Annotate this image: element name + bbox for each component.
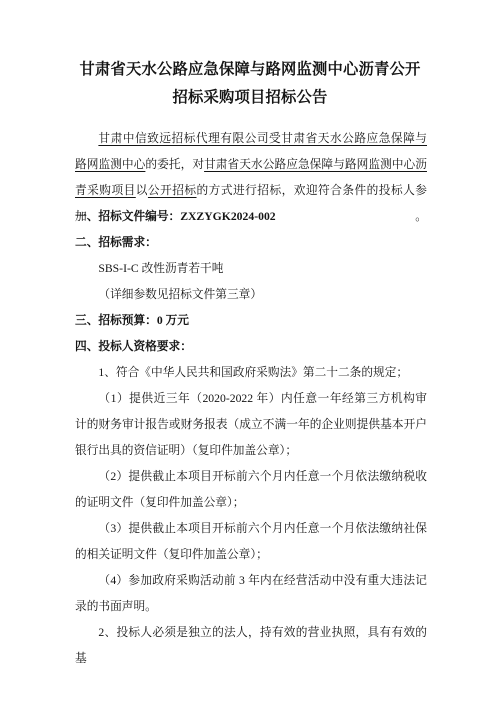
body-text-line: 1、符合《中华人民共和国政府采购法》第二十二条的规定；	[75, 360, 427, 386]
body-text-line: （2）提供截止本项目开标前六个月内任意一个月依法缴纳税收	[75, 464, 427, 490]
intro-line: 路网监测中心的委托，对甘肃省天水公路应急保障与路网监测中心沥	[75, 152, 427, 178]
body-text-line: （3）提供截止本项目开标前六个月内任意一个月依法缴纳社保	[75, 516, 427, 542]
document-title: 甘肃省天水公路应急保障与路网监测中心沥青公开 招标采购项目招标公告	[0, 0, 500, 112]
body-text-line: （1）提供近三年（2020-2022 年）内任意一年经第三方机构审	[75, 386, 427, 412]
body-text-line: （4）参加政府采购活动前 3 年内在经营活动中没有重大违法记	[75, 568, 427, 594]
intro-line: 青采购项目以公开招标的方式进行招标，欢迎符合条件的投标人参加。	[75, 178, 427, 204]
underlined-text: 甘肃中信致远招标代理有限公司	[98, 132, 269, 145]
intro-paragraph: 甘肃中信致远招标代理有限公司受甘肃省天水公路应急保障与路网监测中心的委托，对甘肃…	[75, 126, 427, 204]
underlined-text: 甘肃省天水公路应急保障与路网监测中心沥	[204, 158, 427, 171]
body-text-line: 2、投标人必须是独立的法人，持有效的营业执照，具有有效的基	[75, 620, 427, 646]
underlined-text: 受	[269, 132, 281, 145]
document-page: 甘肃省天水公路应急保障与路网监测中心沥青公开 招标采购项目招标公告 甘肃中信致远…	[0, 0, 500, 706]
underlined-text: 青采购项目	[75, 184, 136, 197]
section-heading-line: 二、招标需求：	[75, 230, 427, 256]
body-text-line: （详细参数见招标文件第三章）	[75, 282, 427, 308]
section-heading-line: 三、招标预算：0 万元	[75, 308, 427, 334]
underlined-text: 公开招标	[148, 184, 197, 197]
body-text-line: 银行出具的资信证明）（复印件加盖公章）；	[75, 438, 427, 464]
plain-text: 的委托，对	[145, 158, 204, 171]
body-text-line: 录的书面声明。	[75, 594, 427, 620]
section-heading-line: 四、投标人资格要求：	[75, 334, 427, 360]
document-body: 一、招标文件编号：ZXZYGK2024-002二、招标需求：SBS-I-C 改性…	[75, 204, 427, 646]
body-text-line: SBS-I-C 改性沥青若干吨	[75, 256, 427, 282]
underlined-text: 路网监测中心	[75, 158, 145, 171]
document-content: 甘肃中信致远招标代理有限公司受甘肃省天水公路应急保障与路网监测中心的委托，对甘肃…	[75, 126, 427, 646]
body-text-line: 计的财务审计报告或财务报表（成立不满一年的企业则提供基本开户	[75, 412, 427, 438]
body-text-line: 的相关证明文件（复印件加盖公章）；	[75, 542, 427, 568]
title-line-2: 招标采购项目招标公告	[0, 84, 500, 112]
intro-line: 甘肃中信致远招标代理有限公司受甘肃省天水公路应急保障与	[75, 126, 427, 152]
title-line-1: 甘肃省天水公路应急保障与路网监测中心沥青公开	[0, 56, 500, 84]
underlined-text: 甘肃省天水公路应急保障与	[281, 132, 427, 145]
plain-text: 以	[136, 184, 148, 197]
body-text-line: 的证明文件（复印件加盖公章）；	[75, 490, 427, 516]
